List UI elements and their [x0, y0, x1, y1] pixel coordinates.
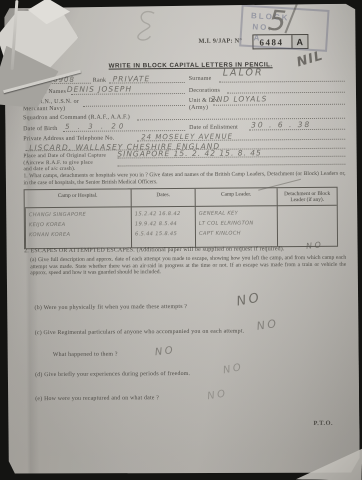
- leader-entry: CAPT KINLOCH: [199, 229, 276, 240]
- answer-e: NO: [207, 388, 229, 402]
- dates-column-entries: 15.2.42 16.8.42 19.9.42 8.5.44 6.5.44 15…: [131, 207, 195, 248]
- dates-entry: 19.9.42 8.5.44: [135, 219, 194, 229]
- rank-value: PRIVATE: [113, 74, 151, 83]
- answer-c: NO: [154, 345, 175, 358]
- field-line: [219, 81, 345, 83]
- item-b-text: (b) Were you physically fit when you mad…: [35, 304, 188, 312]
- field-line: [83, 105, 185, 107]
- unit-div-value: 2ND LOYALS: [211, 94, 268, 103]
- answer-section2: NO: [306, 240, 324, 251]
- pto-label: P.T.O.: [313, 420, 333, 427]
- item-c2-text: What happened to them ?: [53, 352, 118, 360]
- block-leader-column-entries: [277, 206, 337, 246]
- form-page: ENTIAL M.I. 9/JAP: N° 6484 A BLOCK NO. A…: [4, 4, 360, 476]
- form-title: WRITE IN BLOCK CAPITAL LETTERS IN PENCIL…: [85, 61, 297, 71]
- camp-table-header-dates: Dates.: [131, 189, 195, 208]
- stamp-line3: A.: [253, 33, 266, 43]
- camp-column-entries: CHANGI SINGAPORE KEIJO KOREA KONAN KOREA: [25, 208, 131, 249]
- leader-entry: LT COL ELRINGTON: [199, 219, 276, 230]
- item-c-text: (c) Give Regimental particulars of anyon…: [35, 329, 245, 338]
- field-line: [227, 92, 345, 94]
- surname-value: LALOR: [223, 67, 264, 78]
- answer-b: NO: [256, 317, 280, 333]
- dates-entry: 6.5.44 15.8.45: [135, 229, 194, 239]
- leader-column-entries: GENERAL KEY LT COL ELRINGTON CAPT KINLOC…: [195, 207, 277, 248]
- address-value-line1: 24 MOSELEY AVENUE: [141, 133, 233, 142]
- camp-table-header-block-leader: Detachment or Block Leader (if any).: [277, 188, 337, 207]
- item-d-text: (d) Give briefly your experiences during…: [35, 371, 190, 379]
- date-of-enlistment-value: 30 . 6 . 38: [251, 120, 311, 129]
- dates-entry: 15.2.42 16.8.42: [135, 209, 194, 219]
- pencil-squiggle-mark: [124, 5, 184, 43]
- christian-names-value: DENIS JOSEPH: [67, 84, 132, 94]
- camp-table-header-camp: Camp or Hospital.: [25, 189, 131, 208]
- scanned-pow-form-photo: ENTIAL M.I. 9/JAP: N° 6484 A BLOCK NO. A…: [0, 0, 362, 480]
- answer-d: NO: [222, 362, 244, 377]
- item-e-text: (e) How were you recaptured and on what …: [35, 395, 159, 403]
- squadron-command-label: Squadron and Command (R.A.F., A.A.F.): [23, 114, 130, 122]
- camp-table: Camp or Hospital. Dates. Camp Leader. De…: [24, 187, 338, 250]
- date-of-birth-value: 5 . 3 . 20: [65, 122, 126, 130]
- capture-value: SINGAPORE 15. 2. 42 15. 8. 45: [117, 148, 262, 158]
- date-of-birth-label: Date of Birth: [23, 126, 57, 133]
- section-2-heading: 2. ESCAPES OR ATTEMPTED ESCAPES. (Additi…: [24, 246, 285, 255]
- field-line: [213, 104, 345, 106]
- leader-entry: GENERAL KEY: [199, 209, 276, 220]
- form-reference-label: M.I. 9/JAP: N°: [198, 38, 242, 45]
- item-a-text: (a) Give full description and approx. da…: [30, 255, 346, 277]
- camp-table-header-leader: Camp Leader.: [195, 188, 277, 207]
- surname-label: Surname: [189, 76, 212, 83]
- answer-a: NO: [235, 290, 262, 309]
- date-of-enlistment-label: Date of Enlistment: [189, 125, 238, 132]
- camp-entry: KONAN KOREA: [29, 230, 130, 241]
- nil-annotation: NIL: [295, 48, 325, 70]
- field-line: [117, 164, 345, 167]
- field-line: [137, 118, 345, 121]
